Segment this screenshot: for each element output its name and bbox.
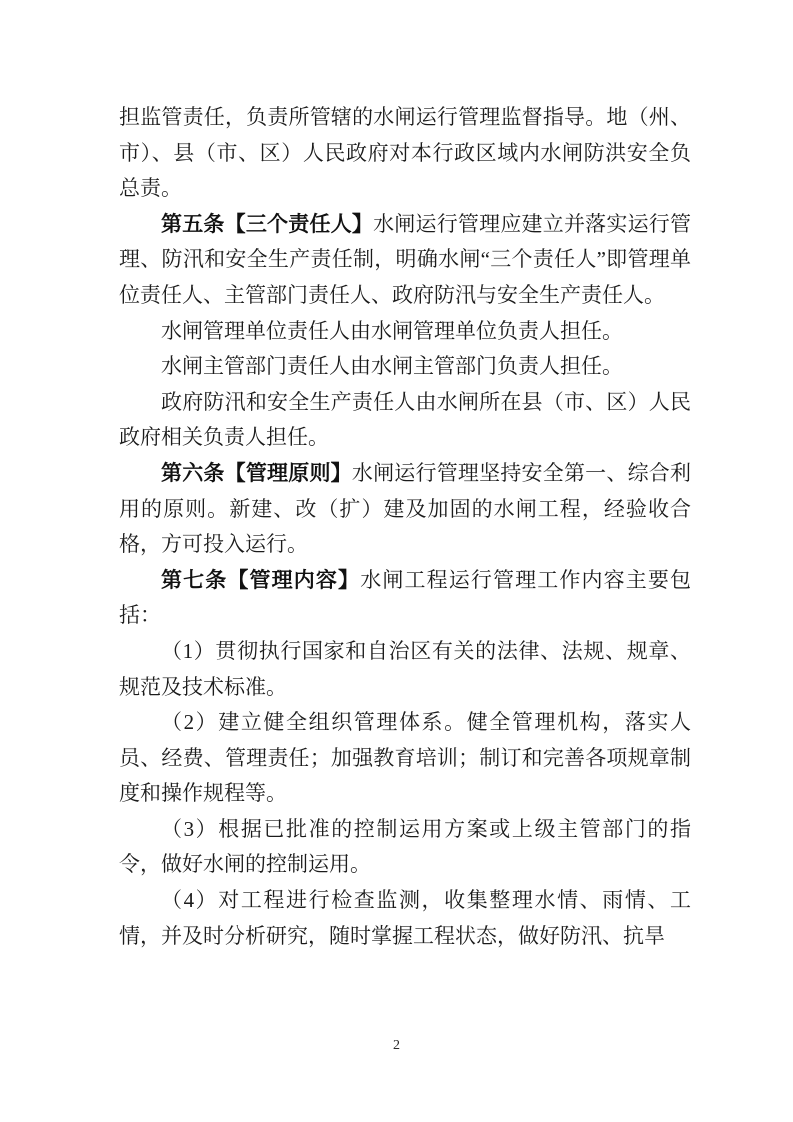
para-responsible-government: 政府防汛和安全生产责任人由水闸所在县（市、区）人民政府相关负责人担任。 [119, 385, 691, 456]
document-page: 担监管责任，负责所管辖的水闸运行管理监督指导。地（州、市）、县（市、区）人民政府… [0, 0, 793, 1122]
para-responsible-management-unit: 水闸管理单位责任人由水闸管理单位负责人担任。 [119, 314, 691, 350]
article-heading: 第七条【管理内容】 [161, 568, 360, 592]
body-text-run: 水闸主管部门责任人由水闸主管部门负责人担任。 [161, 354, 623, 378]
body-text-run: （4）对工程进行检查监测，收集整理水情、雨情、工情，并及时分析研究，随时掌握工程… [119, 888, 691, 948]
document-text: 担监管责任，负责所管辖的水闸运行管理监督指导。地（州、市）、县（市、区）人民政府… [119, 100, 691, 954]
body-text-run: （2）建立健全组织管理体系。健全管理机构，落实人员、经费、管理责任；加强教育培训… [119, 710, 691, 805]
para-item-3: （3）根据已批准的控制运用方案或上级主管部门的指令，做好水闸的控制运用。 [119, 812, 691, 883]
page-number: 2 [0, 1038, 793, 1054]
article-heading: 第六条【管理原则】 [161, 461, 352, 485]
para-article-6: 第六条【管理原则】水闸运行管理坚持安全第一、综合利用的原则。新建、改（扩）建及加… [119, 456, 691, 563]
para-item-4: （4）对工程进行检查监测，收集整理水情、雨情、工情，并及时分析研究，随时掌握工程… [119, 883, 691, 954]
body-text-run: 担监管责任，负责所管辖的水闸运行管理监督指导。地（州、市）、县（市、区）人民政府… [119, 105, 691, 200]
body-text-run: （3）根据已批准的控制运用方案或上级主管部门的指令，做好水闸的控制运用。 [119, 817, 691, 877]
para-continuation-art4: 担监管责任，负责所管辖的水闸运行管理监督指导。地（州、市）、县（市、区）人民政府… [119, 100, 691, 207]
article-heading: 第五条【三个责任人】 [161, 212, 373, 236]
body-text-run: 水闸管理单位责任人由水闸管理单位负责人担任。 [161, 319, 623, 343]
para-article-7: 第七条【管理内容】水闸工程运行管理工作内容主要包括： [119, 563, 691, 634]
para-item-1: （1）贯彻执行国家和自治区有关的法律、法规、规章、规范及技术标准。 [119, 634, 691, 705]
para-item-2: （2）建立健全组织管理体系。健全管理机构，落实人员、经费、管理责任；加强教育培训… [119, 705, 691, 812]
para-responsible-competent-department: 水闸主管部门责任人由水闸主管部门负责人担任。 [119, 349, 691, 385]
body-text-run: （1）贯彻执行国家和自治区有关的法律、法规、规章、规范及技术标准。 [119, 639, 691, 699]
para-article-5: 第五条【三个责任人】水闸运行管理应建立并落实运行管理、防汛和安全生产责任制，明确… [119, 207, 691, 314]
body-text-run: 政府防汛和安全生产责任人由水闸所在县（市、区）人民政府相关负责人担任。 [119, 390, 691, 450]
